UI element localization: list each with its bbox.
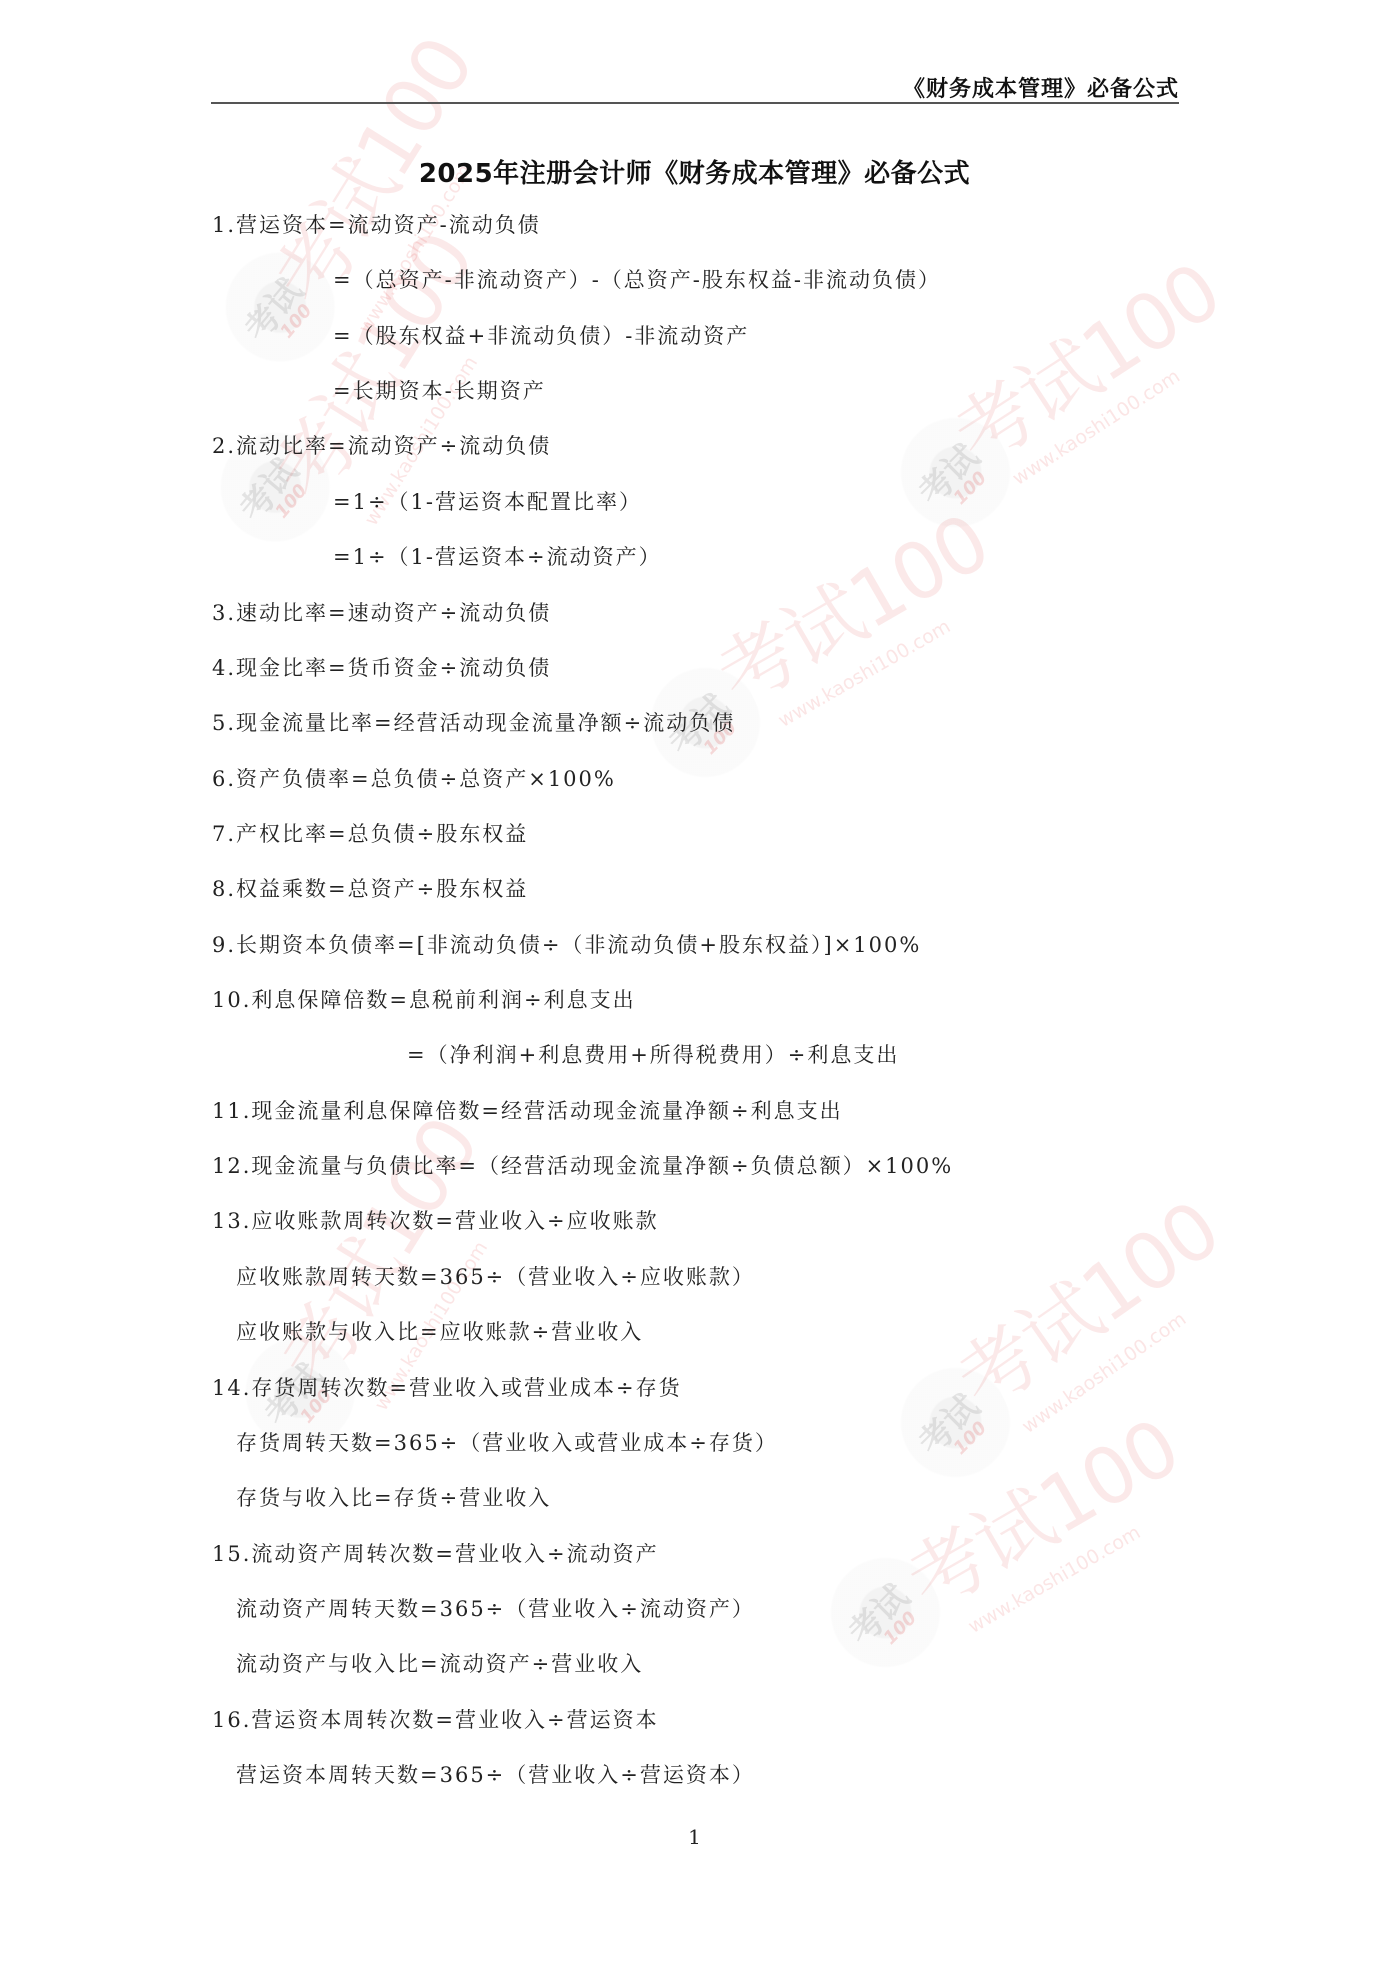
watermark-brand: 考试100 — [269, 1107, 491, 1398]
formula-line: =长期资本-长期资产 — [333, 378, 546, 404]
formula-line: 8.权益乘数=总资产÷股东权益 — [212, 876, 528, 902]
formula-line: 12.现金流量与负债比率=（经营活动现金流量净额÷负债总额）×100% — [212, 1153, 953, 1179]
formula-line: 流动资产周转天数=365÷（营业收入÷流动资产） — [236, 1596, 755, 1622]
formula-line: =（净利润+利息费用+所得税费用）÷利息支出 — [407, 1042, 899, 1068]
running-header: 《财务成本管理》必备公式 — [903, 72, 1179, 103]
formula-line: =（总资产-非流动资产）-（总资产-股东权益-非流动负债） — [333, 267, 941, 293]
formula-line: 营运资本周转天数=365÷（营业收入÷营运资本） — [236, 1762, 755, 1788]
formula-line: 应收账款与收入比=应收账款÷营业收入 — [236, 1319, 643, 1345]
watermark-logo-icon: 考试100 — [800, 1535, 959, 1694]
watermark-url: www.kaoshi100.com — [966, 1523, 1144, 1637]
formula-line: 15.流动资产周转次数=营业收入÷流动资产 — [212, 1541, 659, 1567]
watermark-url: www.kaoshi100.com — [1010, 367, 1184, 489]
watermark-url: www.kaoshi100.com — [776, 617, 954, 731]
formula-line: 1.营运资本=流动资产-流动负债 — [212, 212, 541, 238]
formula-line: 7.产权比率=总负债÷股东权益 — [212, 821, 528, 847]
watermark-brand: 考试100 — [264, 222, 486, 513]
formula-line: =（股东权益+非流动负债）-非流动资产 — [333, 323, 749, 349]
formula-line: 16.营运资本周转次数=营业收入÷营运资本 — [212, 1707, 659, 1733]
watermark-logo-icon: 考试100 — [870, 395, 1029, 554]
watermark-logo-icon: 考试100 — [870, 1345, 1029, 1504]
formula-line: 5.现金流量比率=经营活动现金流量净额÷流动负债 — [212, 710, 735, 736]
formula-line: 流动资产与收入比=流动资产÷营业收入 — [236, 1651, 643, 1677]
formula-line: 10.利息保障倍数=息税前利润÷利息支出 — [212, 987, 636, 1013]
formula-line: 4.现金比率=货币资金÷流动负债 — [212, 655, 551, 681]
watermark-brand: 考试100 — [943, 252, 1233, 478]
formula-line: 存货与收入比=存货÷营业收入 — [236, 1485, 551, 1511]
watermark-brand: 考试100 — [896, 1408, 1190, 1623]
formula-line: 3.速动比率=速动资产÷流动负债 — [212, 600, 551, 626]
watermark-url: www.kaoshi100.com — [1019, 1310, 1190, 1437]
watermark-brand: 考试100 — [706, 503, 1000, 718]
header-divider — [211, 102, 1179, 104]
formula-line: 11.现金流量利息保障倍数=经营活动现金流量净额÷利息支出 — [212, 1098, 843, 1124]
formula-line: 应收账款周转天数=365÷（营业收入÷应收账款） — [236, 1264, 755, 1290]
formula-line: =1÷（1-营运资本÷流动资产） — [333, 544, 662, 570]
formula-line: =1÷（1-营运资本配置比率） — [333, 489, 642, 515]
watermark-brand: 考试100 — [945, 1190, 1231, 1423]
formula-line: 存货周转天数=365÷（营业收入或营业成本÷存货） — [236, 1430, 778, 1456]
document-page: 考试100 考试100 www.kaoshi100.com 考试100 考试10… — [0, 0, 1389, 1964]
formula-line: 9.长期资本负债率=[非流动负债÷（非流动负债+股东权益）]×100% — [212, 932, 921, 958]
formula-line: 2.流动比率=流动资产÷流动负债 — [212, 433, 551, 459]
document-title: 2025年注册会计师《财务成本管理》必备公式 — [0, 153, 1389, 190]
formula-line: 13.应收账款周转次数=营业收入÷应收账款 — [212, 1208, 659, 1234]
watermark-logo-icon: 考试100 — [193, 228, 357, 392]
formula-line: 6.资产负债率=总负债÷总资产×100% — [212, 766, 616, 792]
formula-line: 14.存货周转次数=营业收入或营业成本÷存货 — [212, 1375, 682, 1401]
page-number: 1 — [0, 1825, 1389, 1849]
